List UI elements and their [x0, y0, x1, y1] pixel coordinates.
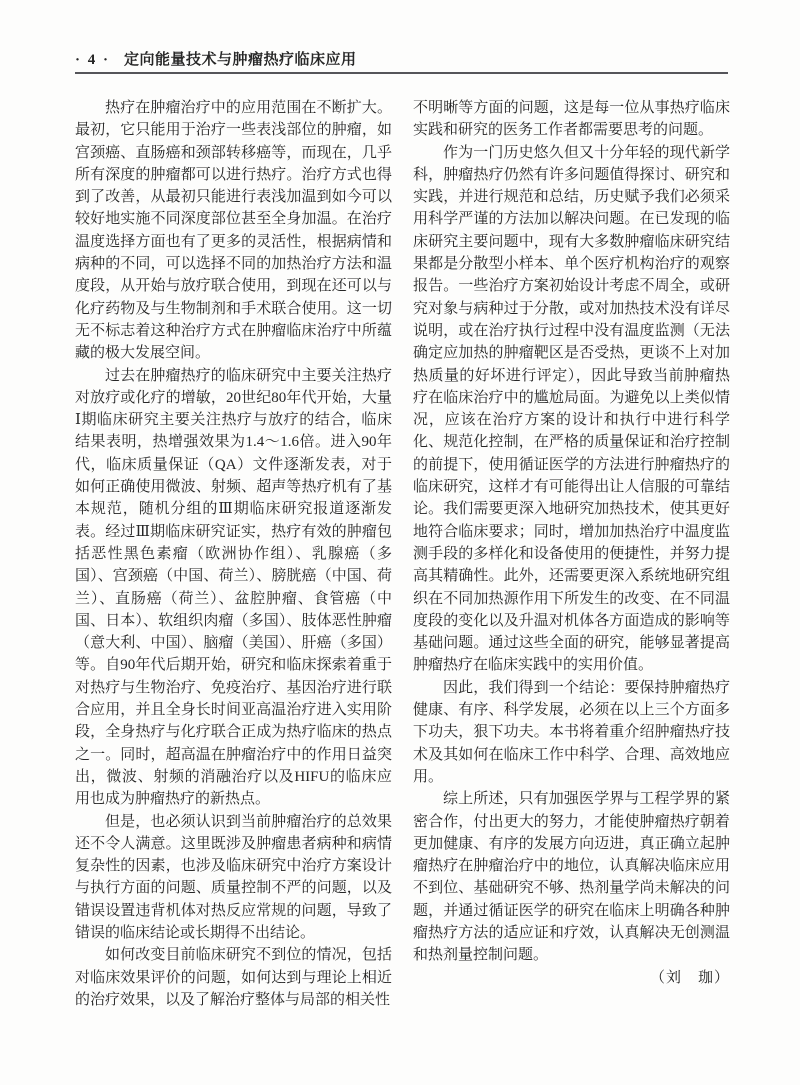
paragraph: 因此，我们得到一个结论：要保持肿瘤热疗健康、有序、科学发展，必须在以上三个方面多…: [413, 677, 730, 788]
header-rule-divider: [75, 72, 728, 74]
paragraph: 热疗在肿瘤治疗中的应用范围在不断扩大。最初，它只能用于治疗一些表浅部位的肿瘤，如…: [75, 97, 392, 365]
page-header: · 4 · 定向能量技术与肿瘤热疗临床应用: [75, 48, 728, 69]
two-column-text-block: 热疗在肿瘤治疗中的应用范围在不断扩大。最初，它只能用于治疗一些表浅部位的肿瘤，如…: [75, 97, 730, 1011]
author-signature: （刘 珈）: [413, 967, 730, 989]
paragraph: 过去在肿瘤热疗的临床研究中主要关注热疗对放疗或化疗的增敏，20世纪80年代开始，…: [75, 365, 392, 811]
running-head-book-title: 定向能量技术与肿瘤热疗临床应用: [124, 48, 357, 69]
paragraph-continuation: 不明晰等方面的问题，这是每一位从事热疗临床实践和研究的医务工作者都需要思考的问题…: [413, 97, 730, 142]
book-page: · 4 · 定向能量技术与肿瘤热疗临床应用 热疗在肿瘤治疗中的应用范围在不断扩大…: [0, 0, 800, 1085]
left-column: 热疗在肿瘤治疗中的应用范围在不断扩大。最初，它只能用于治疗一些表浅部位的肿瘤，如…: [75, 97, 392, 1011]
paragraph: 如何改变目前临床研究不到位的情况，包括对临床效果评价的问题，如何达到与理论上相近…: [75, 944, 392, 1011]
paragraph: 综上所述，只有加强医学界与工程学界的紧密合作，付出更大的努力，才能使肿瘤热疗朝着…: [413, 788, 730, 966]
right-column: 不明晰等方面的问题，这是每一位从事热疗临床实践和研究的医务工作者都需要思考的问题…: [413, 97, 730, 1011]
paragraph: 作为一门历史悠久但又十分年轻的现代新学科，肿瘤热疗仍然有许多问题值得探讨、研究和…: [413, 142, 730, 677]
page-number: · 4 ·: [75, 52, 110, 69]
paragraph: 但是，也必须认识到当前肿瘤治疗的总效果还不令人满意。这里既涉及肿瘤患者病种和病情…: [75, 811, 392, 945]
